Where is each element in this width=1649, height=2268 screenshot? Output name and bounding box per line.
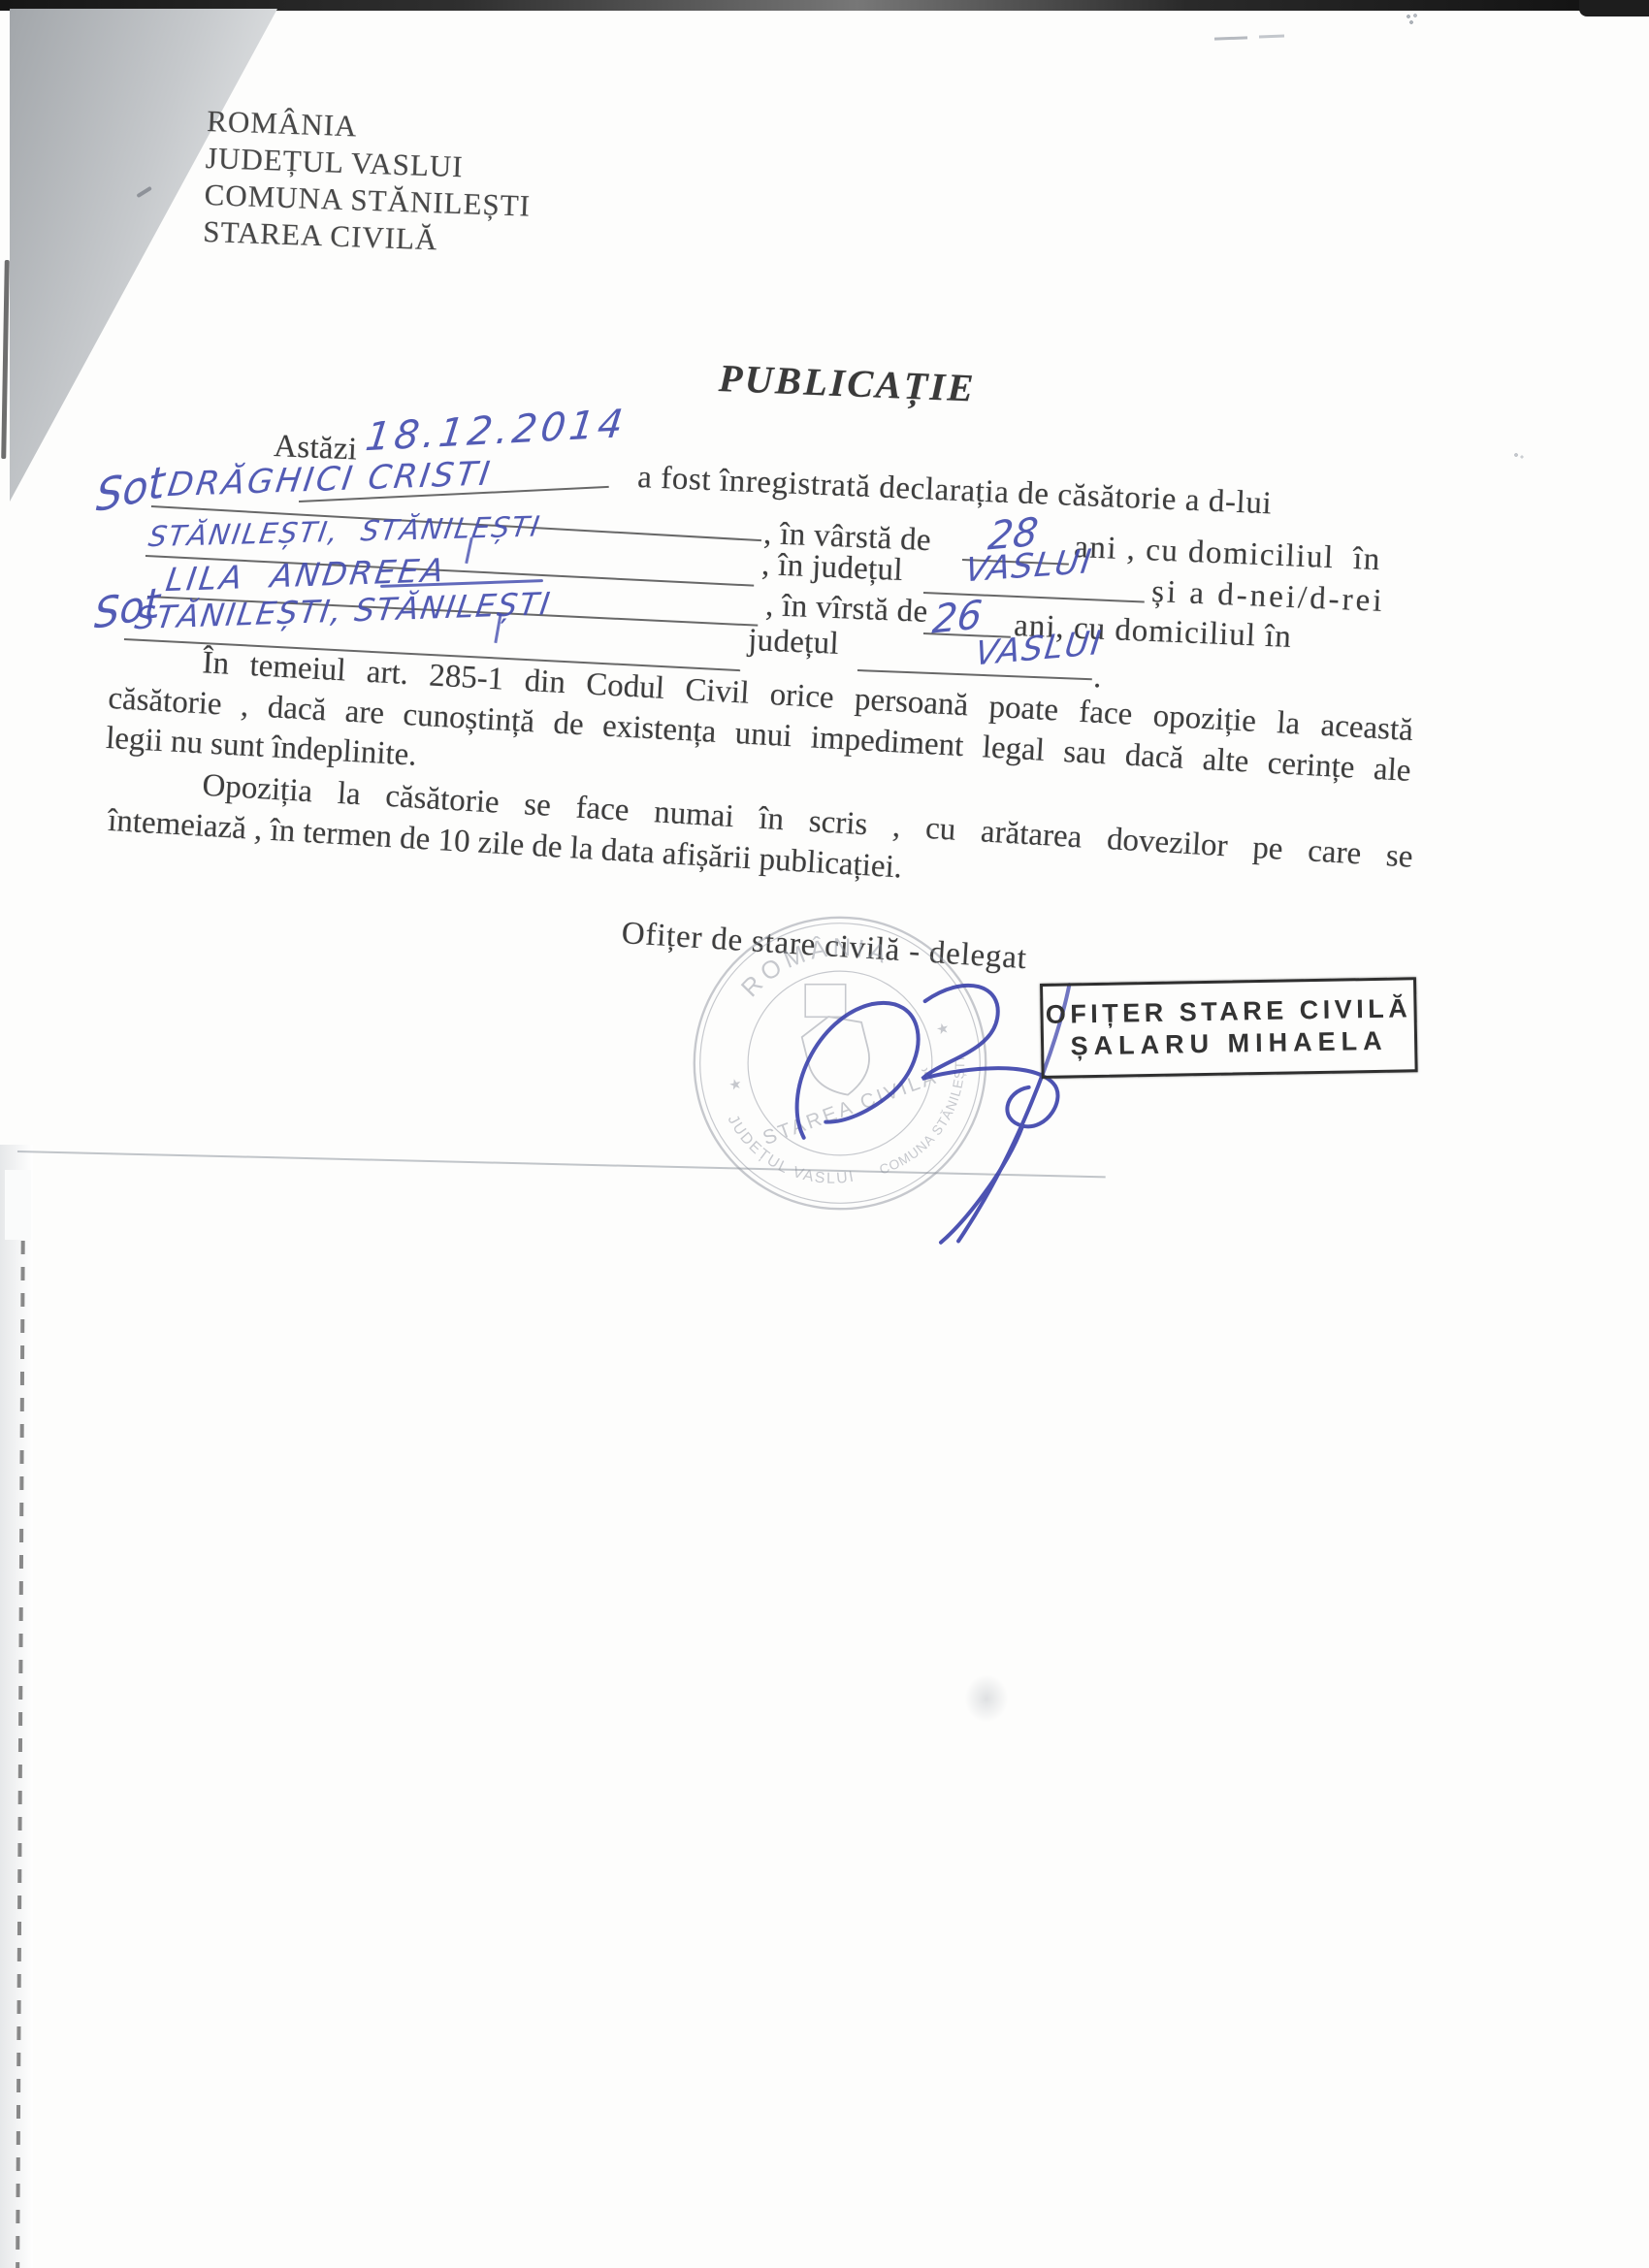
groom-name-handwritten: DRĂGHICI CRISTI bbox=[165, 454, 495, 504]
bride-age-handwritten: 26 bbox=[930, 593, 985, 643]
signature-stroke bbox=[941, 1123, 1022, 1246]
scan-folded-corner-triangle bbox=[10, 9, 277, 502]
scan-left-notch bbox=[5, 1170, 31, 1240]
letterhead: ROMÂNIA JUDEȚUL VASLUI COMUNA STĂNILEȘTI… bbox=[203, 103, 534, 262]
scan-dash-mark-1 bbox=[1214, 36, 1247, 40]
groom-locality-handwritten: STĂNILEȘTI, STĂNILEȘTI bbox=[146, 509, 543, 553]
scan-top-right-corner-blob bbox=[1579, 0, 1649, 16]
end-period: . bbox=[1092, 660, 1102, 696]
stamp-star-left: ★ bbox=[727, 1076, 744, 1094]
scan-dash-mark-2 bbox=[1259, 35, 1284, 39]
bride-county-handwritten: VASLUI bbox=[973, 624, 1105, 674]
groom-margin-note-handwritten: Sot bbox=[95, 457, 165, 523]
signature-stroke bbox=[795, 1000, 919, 1142]
groom-county-handwritten: VASLUI bbox=[962, 542, 1095, 591]
scan-smudge bbox=[955, 1665, 1018, 1733]
groom-county-label: , în județul bbox=[760, 547, 903, 589]
date-handwritten: 18.12.2014 bbox=[363, 402, 629, 460]
bride-intro: și a d-nei/d-rei bbox=[1150, 574, 1385, 620]
scan-left-edge-line-upper bbox=[1, 260, 10, 459]
document-title: PUBLICAȚIE bbox=[718, 355, 977, 411]
scanned-document-page: ROMÂNIA JUDEȚUL VASLUI COMUNA STĂNILEȘTI… bbox=[0, 0, 1649, 2268]
officer-stamp-box: OFIȚER STARE CIVILĂ ȘALARU MIHAELA bbox=[1040, 977, 1418, 1079]
registered-text: a fost înregistrată declarația de căsăto… bbox=[636, 460, 1273, 522]
groom-age-tail: ani , cu domiciliul în bbox=[1073, 530, 1381, 578]
bride-county-label: județul bbox=[747, 623, 839, 663]
scan-dot-marks-top-right bbox=[1406, 14, 1419, 25]
officer-stamp-name: ȘALARU MIHAELA bbox=[1070, 1025, 1388, 1063]
scan-dots-right-mid bbox=[1513, 452, 1525, 460]
officer-signature bbox=[771, 957, 1072, 1248]
